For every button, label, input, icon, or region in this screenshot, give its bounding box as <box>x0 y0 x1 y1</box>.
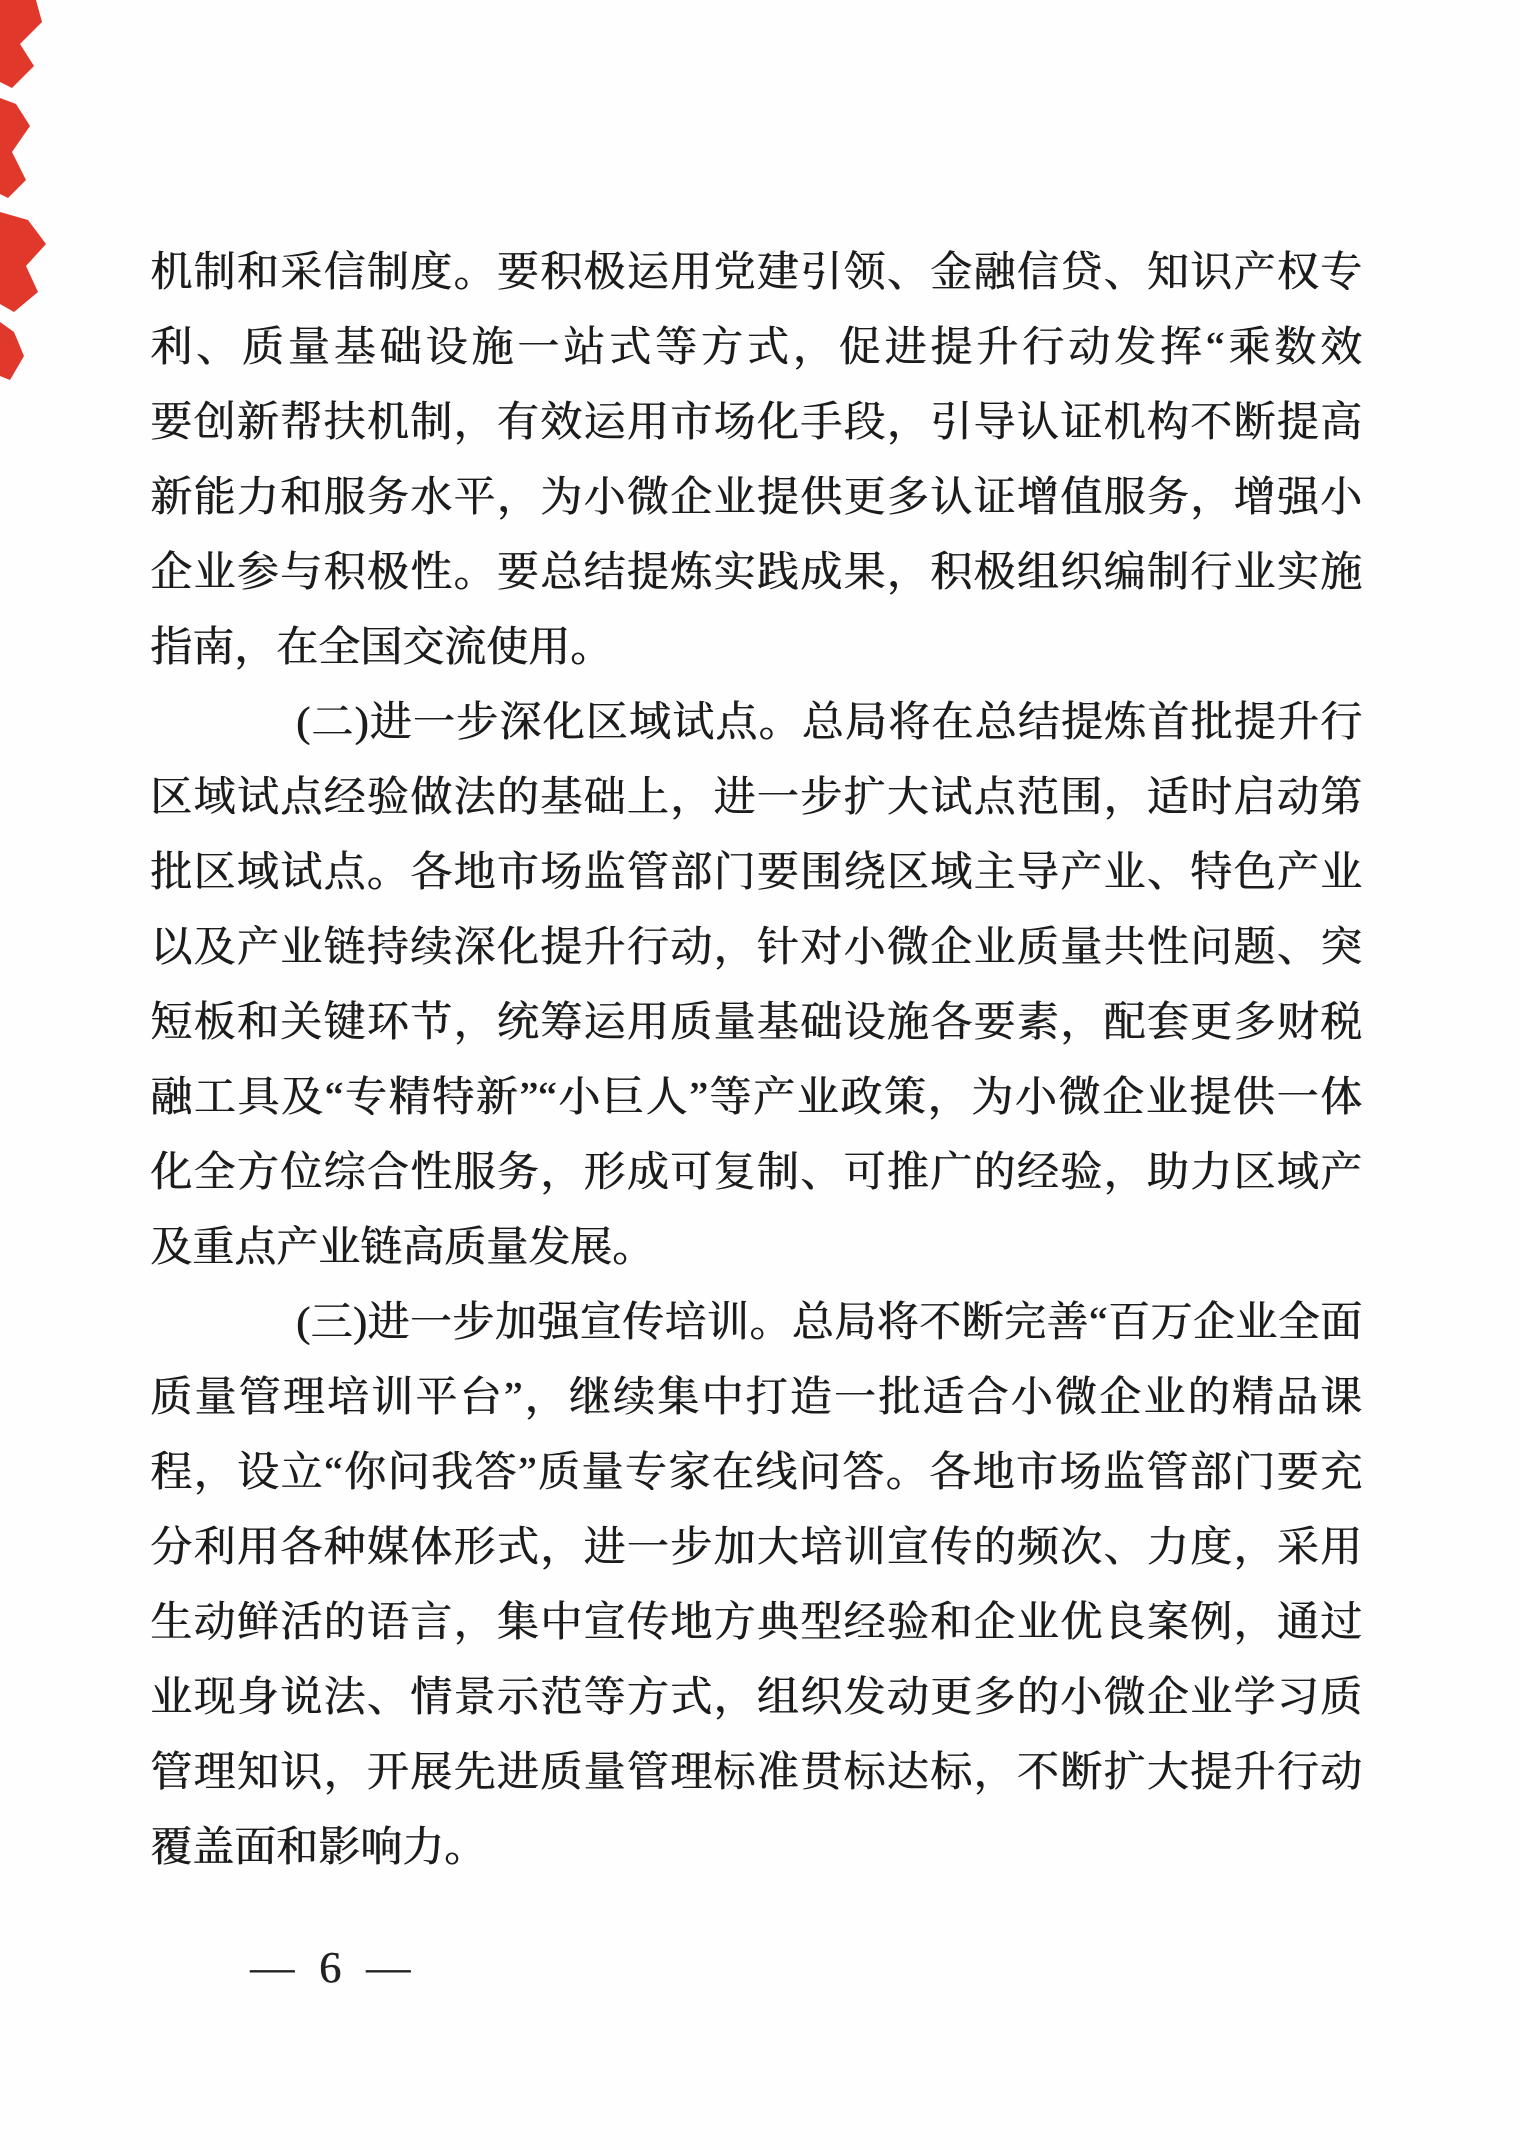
text-line: 要创新帮扶机制，有效运用市场化手段，引导认证机构不断提高创 <box>150 386 1362 461</box>
text-line: 区域试点经验做法的基础上，进一步扩大试点范围，适时启动第二 <box>150 761 1362 836</box>
text-line: 质量管理培训平台”，继续集中打造一批适合小微企业的精品课 <box>150 1361 1362 1436</box>
text-line: 批区域试点。各地市场监管部门要围绕区域主导产业、特色产业 <box>150 836 1362 911</box>
text-line: 融工具及“专精特新”“小巨人”等产业政策，为小微企业提供一体 <box>150 1061 1362 1136</box>
text-line: 以及产业链持续深化提升行动，针对小微企业质量共性问题、突出 <box>150 911 1362 986</box>
text-line: 管理知识，开展先进质量管理标准贯标达标，不断扩大提升行动的 <box>150 1736 1362 1811</box>
text-line: 机制和采信制度。要积极运用党建引领、金融信贷、知识产权专 <box>150 236 1362 311</box>
text-line: 短板和关键环节，统筹运用质量基础设施各要素，配套更多财税金 <box>150 986 1362 1061</box>
text-line: 及重点产业链高质量发展。 <box>150 1211 1362 1286</box>
page-number: — 6 — <box>250 1944 417 1992</box>
text-line: 生动鲜活的语言，集中宣传地方典型经验和企业优良案例，通过企 <box>150 1586 1362 1661</box>
document-page: 机制和采信制度。要积极运用党建引领、金融信贷、知识产权专利、质量基础设施一站式等… <box>0 0 1520 2150</box>
text-line: (三)进一步加强宣传培训。总局将不断完善“百万企业全面 <box>150 1286 1362 1361</box>
text-line: 利、质量基础设施一站式等方式，促进提升行动发挥“乘数效应”。 <box>150 311 1362 386</box>
text-line: (二)进一步深化区域试点。总局将在总结提炼首批提升行动 <box>150 686 1362 761</box>
text-line: 分利用各种媒体形式，进一步加大培训宣传的频次、力度，采用更 <box>150 1511 1362 1586</box>
text-line: 覆盖面和影响力。 <box>150 1811 1362 1886</box>
text-line: 化全方位综合性服务，形成可复制、可推广的经验，助力区域产业 <box>150 1136 1362 1211</box>
document-body: 机制和采信制度。要积极运用党建引领、金融信贷、知识产权专利、质量基础设施一站式等… <box>150 236 1362 1886</box>
text-line: 新能力和服务水平，为小微企业提供更多认证增值服务，增强小微 <box>150 461 1362 536</box>
text-line: 企业参与积极性。要总结提炼实践成果，积极组织编制行业实施 <box>150 536 1362 611</box>
red-edge-mark-decoration <box>0 0 48 400</box>
text-line: 程，设立“你问我答”质量专家在线问答。各地市场监管部门要充 <box>150 1436 1362 1511</box>
text-line: 业现身说法、情景示范等方式，组织发动更多的小微企业学习质量 <box>150 1661 1362 1736</box>
text-line: 指南，在全国交流使用。 <box>150 611 1362 686</box>
